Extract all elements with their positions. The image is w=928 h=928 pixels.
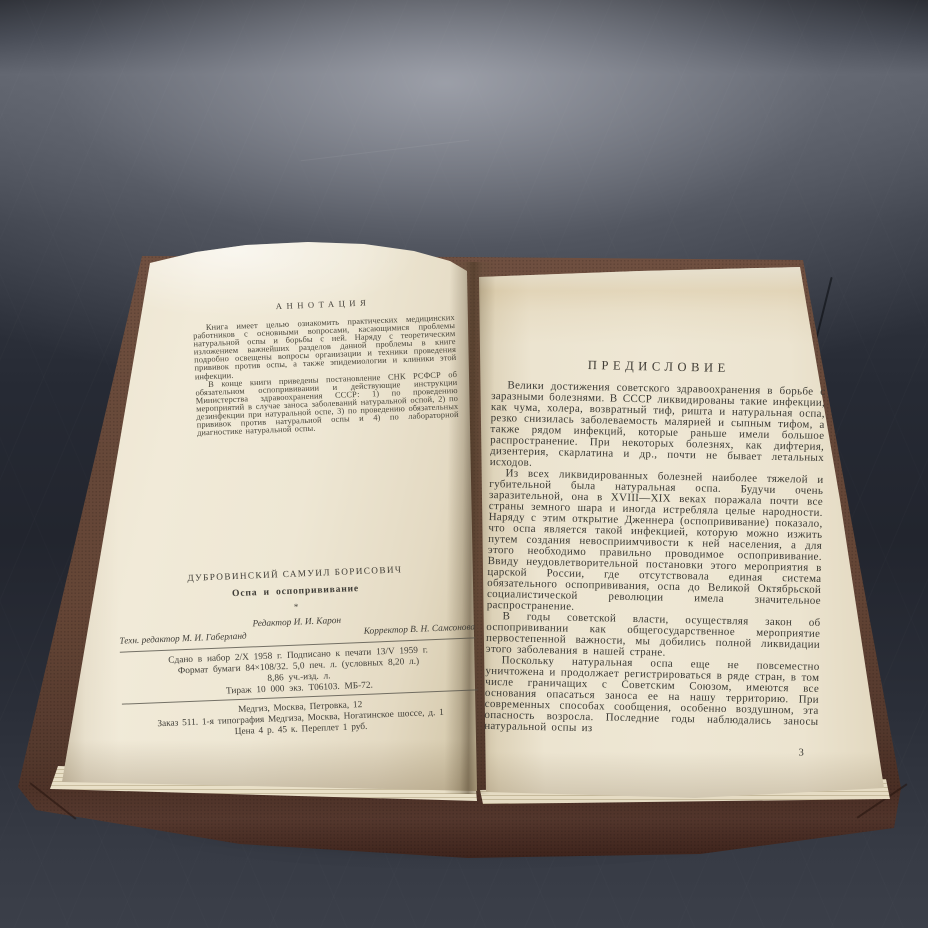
imprint-block: Сдано в набор 2/X 1958 г. Подписано к пе… [120,643,477,701]
preface-paragraph-2: Из всех ликвидированных болезней наиболе… [487,468,824,618]
left-page-text: АННОТАЦИЯ Книга имеет целью ознакомить п… [106,294,480,760]
preface-paragraph-4: Поскольку натуральная оспа еще не повсем… [484,655,820,739]
proofreader-credit: Корректор В. Н. Самсонова [364,622,476,636]
preface-paragraph-1: Велики достижения советского здравоохран… [490,380,826,475]
annotation-block: АННОТАЦИЯ Книга имеет целью ознакомить п… [192,294,459,438]
right-page-text: ПРЕДИСЛОВИЕ Велики достижения советского… [484,356,826,759]
photo-scene: АННОТАЦИЯ Книга имеет целью ознакомить п… [0,0,928,928]
annotation-paragraph-2: В конце книги приведены постановление СН… [195,371,459,438]
